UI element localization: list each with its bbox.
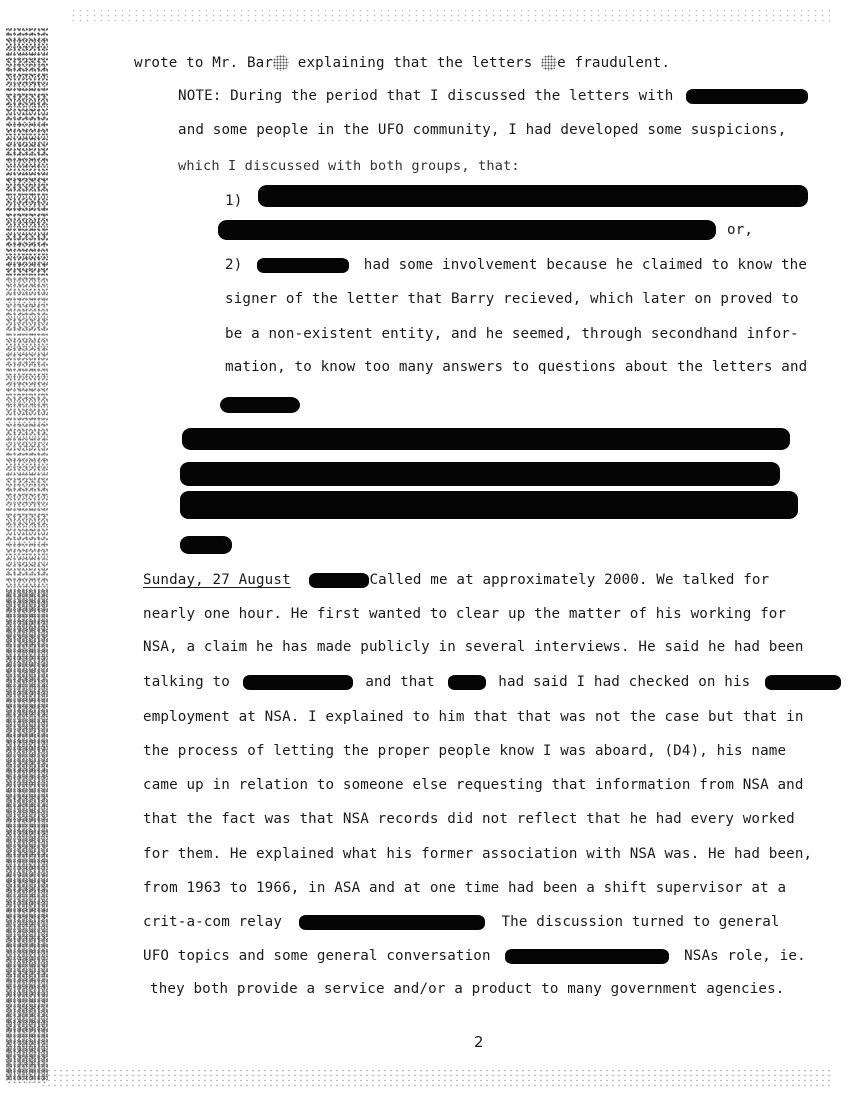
redaction xyxy=(309,573,369,588)
text-line: 1) xyxy=(225,192,242,210)
text-line: nearly one hour. He first wanted to clea… xyxy=(143,605,786,623)
redaction xyxy=(220,397,300,413)
redaction xyxy=(243,675,353,690)
text-line: the process of letting the proper people… xyxy=(143,742,786,760)
text-line: employment at NSA. I explained to him th… xyxy=(143,708,804,726)
text-line: UFO topics and some general conversation… xyxy=(143,947,806,965)
text-line: and some people in the UFO community, I … xyxy=(178,121,786,139)
redaction xyxy=(448,675,486,690)
redaction xyxy=(505,949,669,964)
scan-noise-left-margin-lower xyxy=(6,590,48,1080)
text-line: they both provide a service and/or a pro… xyxy=(150,980,785,998)
text-line: for them. He explained what his former a… xyxy=(143,845,812,863)
text-line: crit-a-com relay The discussion turned t… xyxy=(143,913,780,931)
redaction xyxy=(258,185,808,207)
scan-noise-bottom xyxy=(40,1068,830,1088)
redaction xyxy=(765,675,841,690)
text-line: 2) had some involvement because he claim… xyxy=(225,256,807,274)
text-line: NOTE: During the period that I discussed… xyxy=(178,87,808,105)
redaction xyxy=(180,491,798,519)
text-line: mation, to know too many answers to ques… xyxy=(225,358,807,376)
text-line: NSA, a claim he has made publicly in sev… xyxy=(143,638,804,656)
scan-noise-left-margin-upper xyxy=(6,28,48,278)
text-line: came up in relation to someone else requ… xyxy=(143,776,804,794)
redaction xyxy=(218,220,716,240)
text-line: wrote to Mr. Bar explaining that the let… xyxy=(134,54,670,72)
redaction xyxy=(180,462,780,486)
redaction xyxy=(686,89,808,104)
scan-noise-top xyxy=(70,8,830,22)
ink-smudge-icon xyxy=(273,55,289,71)
text-line: or, xyxy=(727,221,753,239)
text-line: from 1963 to 1966, in ASA and at one tim… xyxy=(143,879,786,897)
page-number: 2 xyxy=(474,1033,484,1051)
text-line: which I discussed with both groups, that… xyxy=(178,157,520,175)
redaction xyxy=(180,536,232,554)
document-page: wrote to Mr. Bar explaining that the let… xyxy=(0,0,850,1097)
redaction xyxy=(182,428,790,450)
ink-smudge-icon xyxy=(541,55,557,71)
text-line: be a non-existent entity, and he seemed,… xyxy=(225,325,799,343)
redaction xyxy=(257,258,349,273)
text-line: Sunday, 27 August Called me at approxima… xyxy=(143,571,769,589)
text-line: talking to and that had said I had check… xyxy=(143,673,841,691)
text-line: that the fact was that NSA records did n… xyxy=(143,810,795,828)
redaction xyxy=(299,915,485,930)
entry-date: Sunday, 27 August xyxy=(143,572,291,588)
text-line: signer of the letter that Barry recieved… xyxy=(225,290,799,308)
